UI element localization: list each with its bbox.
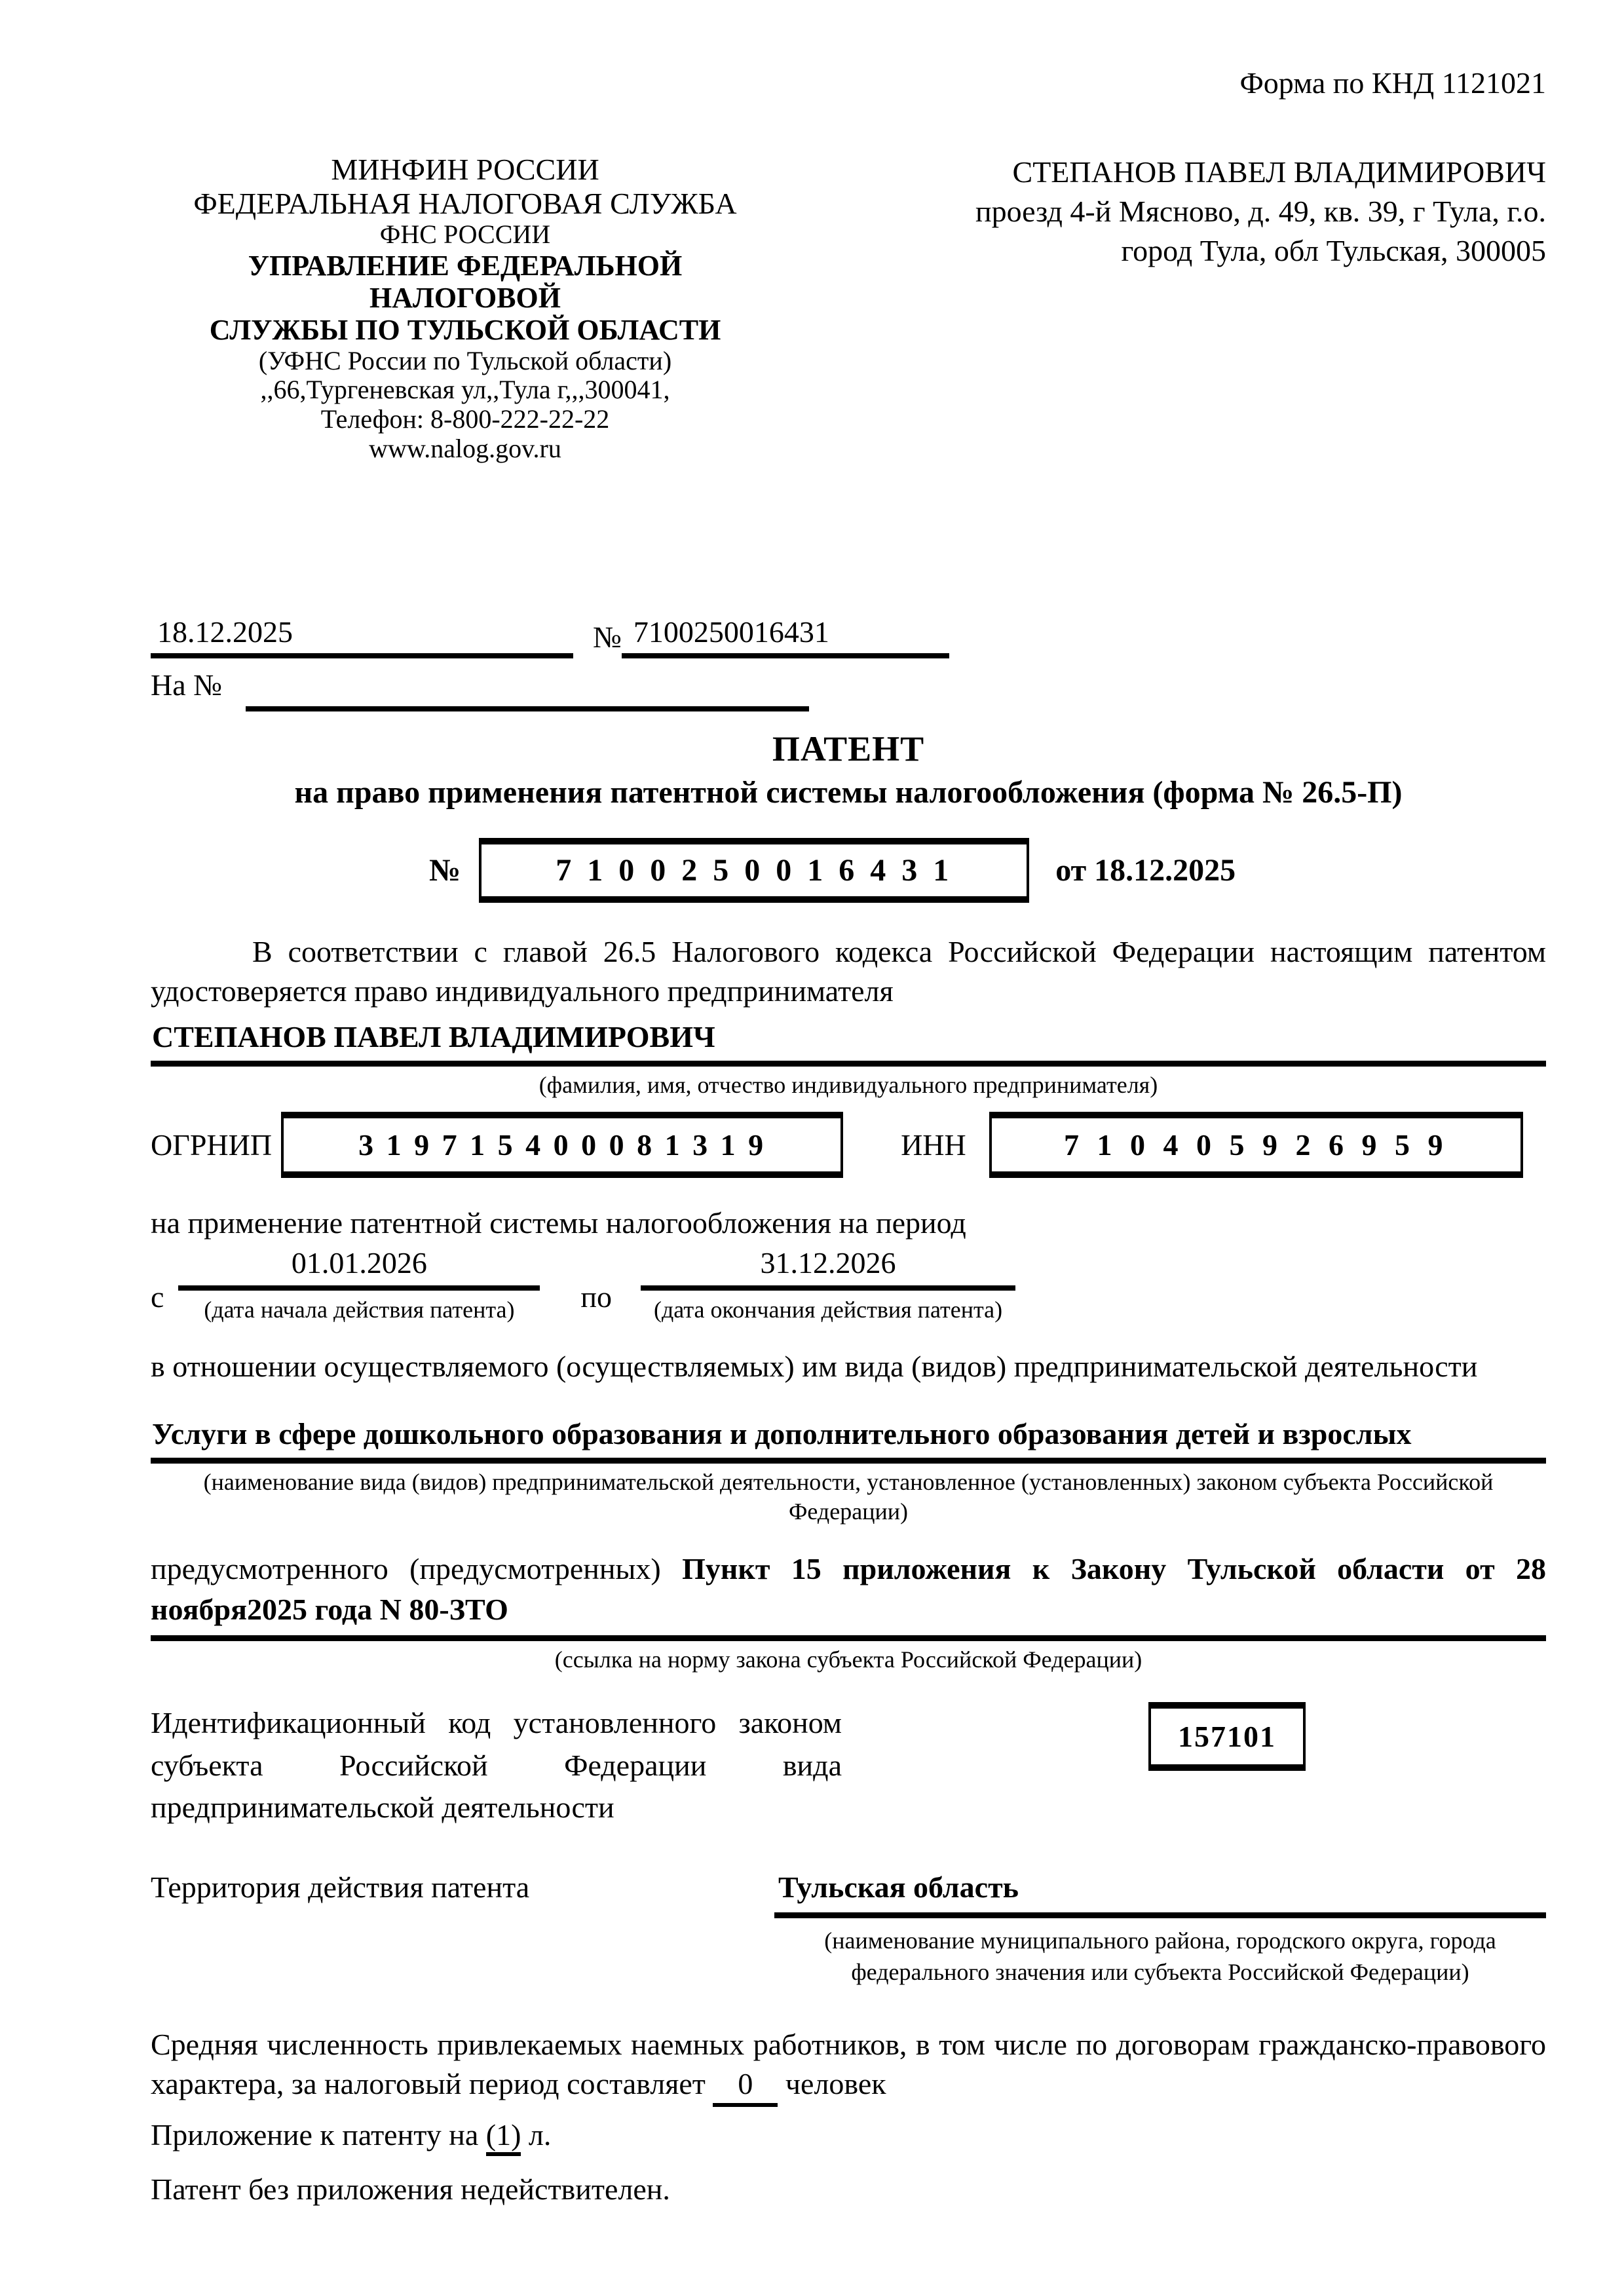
document-number-field: 7100250016431	[622, 615, 949, 658]
period-from-label: с	[151, 1245, 164, 1314]
issuer-department-line1: УПРАВЛЕНИЕ ФЕДЕРАЛЬНОЙ НАЛОГОВОЙ	[151, 250, 780, 314]
document-header: МИНФИН РОССИИ ФЕДЕРАЛЬНАЯ НАЛОГОВАЯ СЛУЖ…	[151, 153, 1546, 464]
attachment-line: Приложение к патенту на (1) л.	[151, 2117, 1546, 2156]
recipient-block: СТЕПАНОВ ПАВЕЛ ВЛАДИМИРОВИЧ проезд 4-й М…	[832, 153, 1546, 464]
territory-caption: (наименование муниципального района, гор…	[774, 1925, 1546, 1988]
average-employees-value-field: 0	[713, 2064, 778, 2108]
issuer-ministry: МИНФИН РОССИИ	[151, 153, 780, 187]
recipient-address-line1: проезд 4-й Мясново, д. 49, кв. 39, г Тул…	[832, 192, 1546, 231]
document-content: Форма по КНД 1121021 МИНФИН РОССИИ ФЕДЕР…	[151, 66, 1546, 2207]
issuer-short-name: (УФНС России по Тульской области)	[151, 347, 780, 376]
period-from-date: 01.01.2026	[178, 1245, 540, 1291]
activity-caption: (наименование вида (видов) предпринимате…	[200, 1468, 1497, 1526]
inn-label: ИНН	[901, 1128, 966, 1162]
average-employees-unit: человек	[785, 2067, 886, 2100]
territory-row: Территория действия патента Тульская обл…	[151, 1870, 1546, 1988]
reply-to-label: На №	[151, 668, 222, 711]
invalid-without-attachment-note: Патент без приложения недействителен.	[151, 2172, 1546, 2207]
patent-number-label: №	[429, 852, 461, 888]
period-to-field: 31.12.2026 (дата окончания действия пате…	[641, 1245, 1015, 1323]
issuer-department-line2: СЛУЖБЫ ПО ТУЛЬСКОЙ ОБЛАСТИ	[151, 314, 780, 346]
period-to-date: 31.12.2026	[641, 1245, 1015, 1291]
activity-name-field: Услуги в сфере дошкольного образования и…	[151, 1415, 1546, 1464]
registration-numbers-row: ОГРНИП 3 1 9 7 1 5 4 0 0 0 8 1 3 1 9 ИНН…	[151, 1112, 1546, 1178]
issuer-phone: Телефон: 8-800-222-22-22	[151, 405, 780, 434]
patent-number-row: № 7 1 0 0 2 5 0 0 1 6 4 3 1 от 18.12.202…	[151, 838, 1546, 903]
recipient-name: СТЕПАНОВ ПАВЕЛ ВЛАДИМИРОВИЧ	[832, 153, 1546, 192]
intro-paragraph: В соответствии с главой 26.5 Налогового …	[151, 932, 1546, 1011]
territory-field-block: Тульская область (наименование муниципал…	[774, 1870, 1546, 1988]
identification-code-row: Идентификационный код установленного зак…	[151, 1702, 1546, 1829]
territory-label: Территория действия патента	[151, 1870, 529, 1905]
identification-code-text: Идентификационный код установленного зак…	[151, 1702, 842, 1829]
average-employees-paragraph: Средняя численность привлекаемых наемных…	[151, 2025, 1546, 2108]
page-subtitle: на право применения патентной системы на…	[151, 774, 1546, 810]
identification-code-box: 157101	[1148, 1702, 1306, 1771]
period-from-caption: (дата начала действия патента)	[178, 1291, 540, 1323]
number-sign: №	[593, 620, 622, 658]
patent-date: от 18.12.2025	[1055, 852, 1236, 888]
territory-value-field: Тульская область	[774, 1870, 1546, 1918]
issuer-service: ФЕДЕРАЛЬНАЯ НАЛОГОВАЯ СЛУЖБА	[151, 187, 780, 221]
period-to-label: по	[580, 1245, 612, 1314]
entrepreneur-name-caption: (фамилия, имя, отчество индивидуального …	[151, 1071, 1546, 1100]
reply-to-blank-field	[246, 672, 809, 711]
period-row: с 01.01.2026 (дата начала действия патен…	[151, 1245, 1546, 1323]
reference-row: 18.12.2025 № 7100250016431	[151, 615, 1546, 658]
reply-to-row: На №	[151, 668, 1546, 711]
patent-document-page: Форма по КНД 1121021 МИНФИН РОССИИ ФЕДЕР…	[0, 0, 1624, 2293]
issuer-block: МИНФИН РОССИИ ФЕДЕРАЛЬНАЯ НАЛОГОВАЯ СЛУЖ…	[151, 153, 780, 464]
law-reference-prefix: предусмотренного (предусмотренных)	[151, 1552, 682, 1585]
patent-number-box: 7 1 0 0 2 5 0 0 1 6 4 3 1	[479, 838, 1029, 903]
period-intro-text: на применение патентной системы налогооб…	[151, 1205, 1546, 1240]
issuer-website: www.nalog.gov.ru	[151, 434, 780, 464]
issuer-address: ,,66,Тургеневская ул,,Тула г,,,300041,	[151, 375, 780, 405]
entrepreneur-name-field: СТЕПАНОВ ПАВЕЛ ВЛАДИМИРОВИЧ	[151, 1017, 1546, 1067]
ogrnip-box: 3 1 9 7 1 5 4 0 0 0 8 1 3 1 9	[281, 1112, 843, 1178]
attachment-pages-value: (1)	[486, 2117, 521, 2156]
attachment-unit: л.	[529, 2118, 551, 2151]
period-to-caption: (дата окончания действия патента)	[641, 1291, 1015, 1323]
form-code-line: Форма по КНД 1121021	[151, 66, 1546, 100]
period-from-field: 01.01.2026 (дата начала действия патента…	[178, 1245, 540, 1323]
issuer-fns: ФНС РОССИИ	[151, 220, 780, 250]
page-title: ПАТЕНТ	[151, 729, 1546, 769]
document-date-field: 18.12.2025	[151, 615, 573, 658]
recipient-address-line2: город Тула, обл Тульская, 300005	[832, 231, 1546, 271]
activity-intro-paragraph: в отношении осуществляемого (осуществляе…	[151, 1347, 1546, 1386]
law-reference-paragraph: предусмотренного (предусмотренных) Пункт…	[151, 1549, 1546, 1641]
inn-box: 7 1 0 4 0 5 9 2 6 9 5 9	[989, 1112, 1523, 1178]
attachment-text: Приложение к патенту на	[151, 2118, 478, 2151]
ogrnip-label: ОГРНИП	[151, 1128, 272, 1162]
law-reference-caption: (ссылка на норму закона субъекта Российс…	[151, 1645, 1546, 1675]
